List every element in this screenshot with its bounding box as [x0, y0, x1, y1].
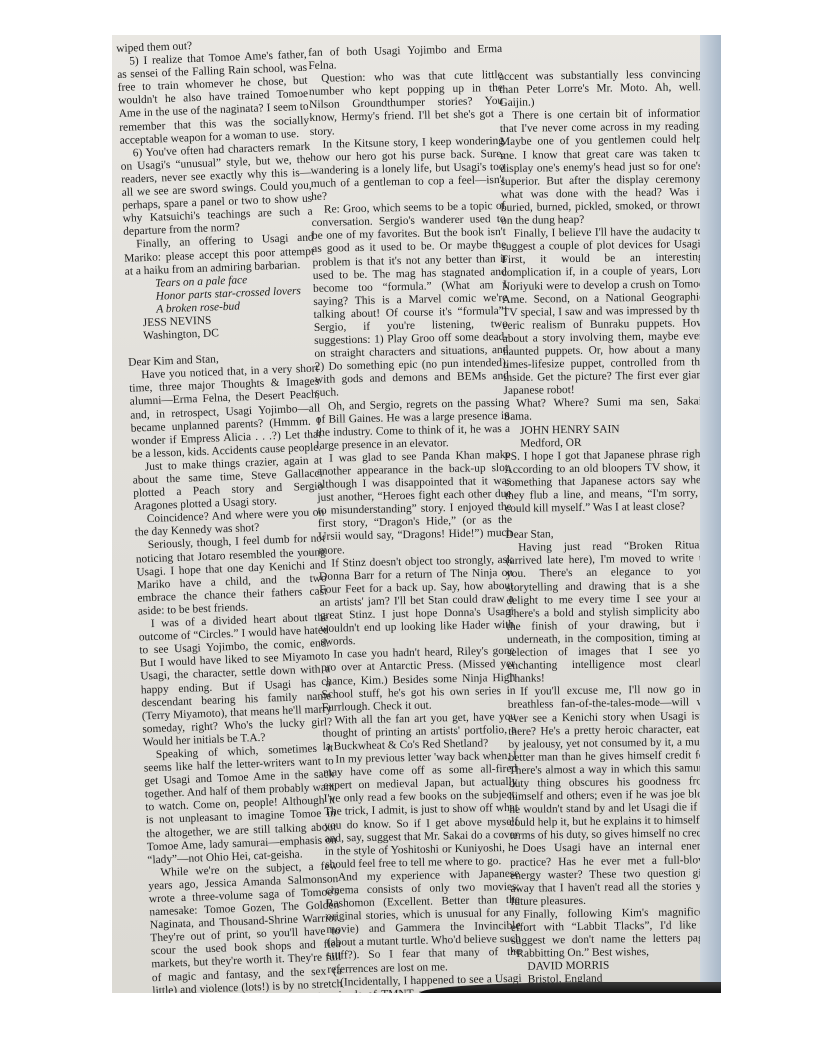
text-column-middle: fan of both Usagi Yojimbo and Erma Felna…	[308, 43, 523, 993]
paragraph: Finally, an offering to Usagi and Mariko…	[124, 232, 315, 279]
paragraph: Seriously, though, I feel dumb for not n…	[135, 533, 328, 619]
paragraph: With all the fan art you get, have you t…	[322, 711, 517, 754]
paragraph: In the Kitsune story, I keep wondering h…	[310, 135, 505, 205]
paragraph: Does Usagi have an internal energy pract…	[510, 841, 713, 909]
paragraph: Re: Groo, which seems to be a topic of c…	[311, 200, 509, 400]
text-column-right: accent was substantially less convincing…	[499, 68, 715, 993]
paragraph: In case you hadn't heard, Riley's gone p…	[321, 645, 516, 715]
paragraph: And my experience with Japanese cinema c…	[325, 868, 521, 977]
paragraph: I was glad to see Panda Khan make anothe…	[317, 449, 513, 558]
paragraph: accent was substantially less convincing…	[499, 68, 702, 110]
paragraph: Just to make things crazier, again at ab…	[132, 454, 324, 514]
paragraph: If you'll excuse me, I'll now go into br…	[508, 683, 712, 843]
paragraph: fan of both Usagi Yojimbo and Erma Felna…	[308, 43, 503, 73]
paragraph: What? Where? Sumi ma sen, Sakai-Sama.	[504, 395, 706, 424]
paragraph: Having just read “Broken Ritual” (arrive…	[506, 539, 710, 686]
page-edge-shadow	[700, 35, 721, 993]
paragraph: While we're on the subject, a few years …	[148, 860, 344, 993]
paragraph: Speaking of which, sometimes it seems li…	[143, 742, 337, 867]
paragraph: There is one certain bit of information …	[500, 107, 704, 228]
paragraph: Oh, and Sergio, regrets on the passing o…	[315, 396, 510, 452]
paragraph: 6) You've often had characters remark on…	[120, 140, 313, 239]
paragraph: I was of a divided heart about the outco…	[138, 611, 333, 749]
paragraph: Have you noticed that, in a very short t…	[129, 363, 322, 462]
paragraph: 5) I realize that Tomoe Ame's father, as…	[117, 49, 310, 148]
paragraph: In my previous letter 'way back when, I …	[323, 750, 519, 872]
paragraph: Question: who was that cute little numbe…	[309, 69, 504, 139]
paragraph: Finally, following Kim's magnificent eff…	[511, 906, 714, 961]
postscript: PS. I hope I got that Japanese phrase ri…	[504, 448, 707, 516]
paragraph: If Stinz doesn't object too strongly, as…	[319, 553, 515, 649]
page-photo: wiped them out? 5) I realize that Tomoe …	[112, 35, 721, 993]
paragraph: Finally, I believe I'll have the audacit…	[501, 225, 705, 398]
